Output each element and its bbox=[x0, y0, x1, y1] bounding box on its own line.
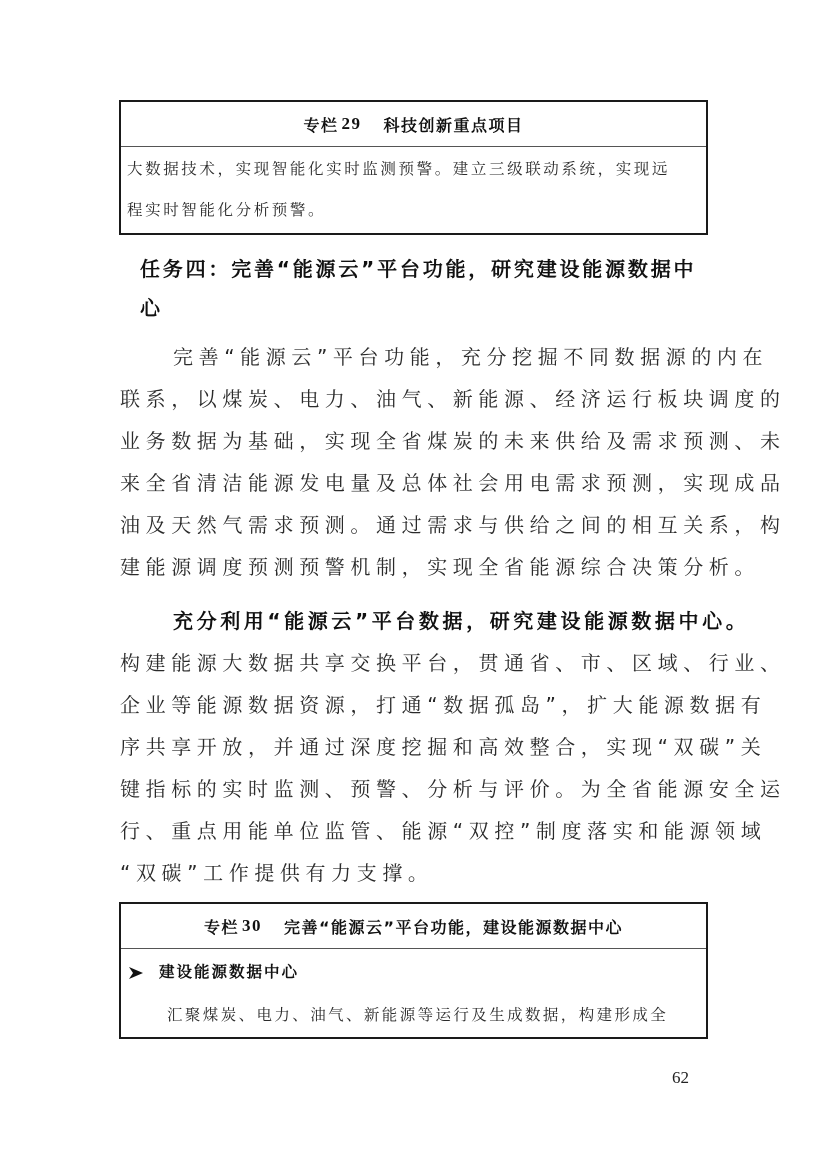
paragraph-line: “双碳”工作提供有力支撑。 bbox=[120, 852, 710, 894]
column-box-29-header: 专栏29科技创新重点项目 bbox=[121, 102, 706, 147]
paragraph-line: 完善“能源云”平台功能，充分挖掘不同数据源的内在 bbox=[120, 336, 710, 378]
column-body-line: 程实时智能化分析预警。 bbox=[127, 190, 706, 231]
paragraph-line: 序共享开放，并通过深度挖掘和高效整合，实现“双碳”关 bbox=[120, 726, 710, 768]
column-title: 完善“能源云”平台功能，建设能源数据中心 bbox=[284, 915, 623, 938]
heading-line: 心 bbox=[140, 289, 710, 328]
section-heading-task-4: 任务四：完善“能源云”平台功能，研究建设能源数据中 心 bbox=[140, 250, 710, 328]
column-body-line: 汇聚煤炭、电力、油气、新能源等运行及生成数据，构建形成全 bbox=[167, 993, 706, 1037]
paragraph-line: 构建能源大数据共享交换平台，贯通省、市、区域、行业、 bbox=[120, 642, 710, 684]
column-box-29: 专栏29科技创新重点项目 大数据技术，实现智能化实时监测预警。建立三级联动系统，… bbox=[119, 100, 708, 235]
bullet-item: 建设能源数据中心 bbox=[121, 949, 706, 993]
column-body-line: 大数据技术，实现智能化实时监测预警。建立三级联动系统，实现远 bbox=[127, 149, 706, 190]
paragraph-line: 键指标的实时监测、预警、分析与评价。为全省能源安全运 bbox=[120, 768, 710, 810]
body-paragraph-2: 充分利用“能源云”平台数据，研究建设能源数据中心。 构建能源大数据共享交换平台，… bbox=[120, 600, 710, 894]
paragraph-line: 企业等能源数据资源，打通“数据孤岛”，扩大能源数据有 bbox=[120, 684, 710, 726]
paragraph-line: 油及天然气需求预测。通过需求与供给之间的相互关系，构 bbox=[120, 504, 710, 546]
paragraph-line: 建能源调度预测预警机制，实现全省能源综合决策分析。 bbox=[120, 546, 710, 588]
paragraph-lead-bold: 充分利用“能源云”平台数据，研究建设能源数据中心。 bbox=[120, 600, 710, 642]
column-label: 专栏 bbox=[303, 113, 338, 136]
column-box-30: 专栏30完善“能源云”平台功能，建设能源数据中心 建设能源数据中心 汇聚煤炭、电… bbox=[119, 902, 708, 1039]
column-label: 专栏 bbox=[204, 915, 239, 938]
arrowhead-bullet-icon bbox=[129, 965, 143, 977]
paragraph-line: 行、重点用能单位监管、能源“双控”制度落实和能源领域 bbox=[120, 810, 710, 852]
paragraph-line: 来全省清洁能源发电量及总体社会用电需求预测，实现成品 bbox=[120, 462, 710, 504]
document-page: 专栏29科技创新重点项目 大数据技术，实现智能化实时监测预警。建立三级联动系统，… bbox=[0, 0, 826, 1169]
paragraph-line: 业务数据为基础，实现全省煤炭的未来供给及需求预测、未 bbox=[120, 420, 710, 462]
page-number: 62 bbox=[672, 1068, 689, 1088]
paragraph-line: 联系，以煤炭、电力、油气、新能源、经济运行板块调度的 bbox=[120, 378, 710, 420]
body-paragraph-1: 完善“能源云”平台功能，充分挖掘不同数据源的内在 联系，以煤炭、电力、油气、新能… bbox=[120, 336, 710, 588]
heading-line: 任务四：完善“能源云”平台功能，研究建设能源数据中 bbox=[140, 250, 710, 289]
column-box-29-body: 大数据技术，实现智能化实时监测预警。建立三级联动系统，实现远 程实时智能化分析预… bbox=[121, 147, 706, 231]
bullet-title: 建设能源数据中心 bbox=[159, 960, 299, 982]
column-box-30-body: 汇聚煤炭、电力、油气、新能源等运行及生成数据，构建形成全 bbox=[121, 993, 706, 1037]
column-title: 科技创新重点项目 bbox=[384, 113, 524, 136]
column-box-30-header: 专栏30完善“能源云”平台功能，建设能源数据中心 bbox=[121, 904, 706, 949]
column-number: 29 bbox=[342, 114, 362, 134]
column-number: 30 bbox=[242, 916, 262, 936]
